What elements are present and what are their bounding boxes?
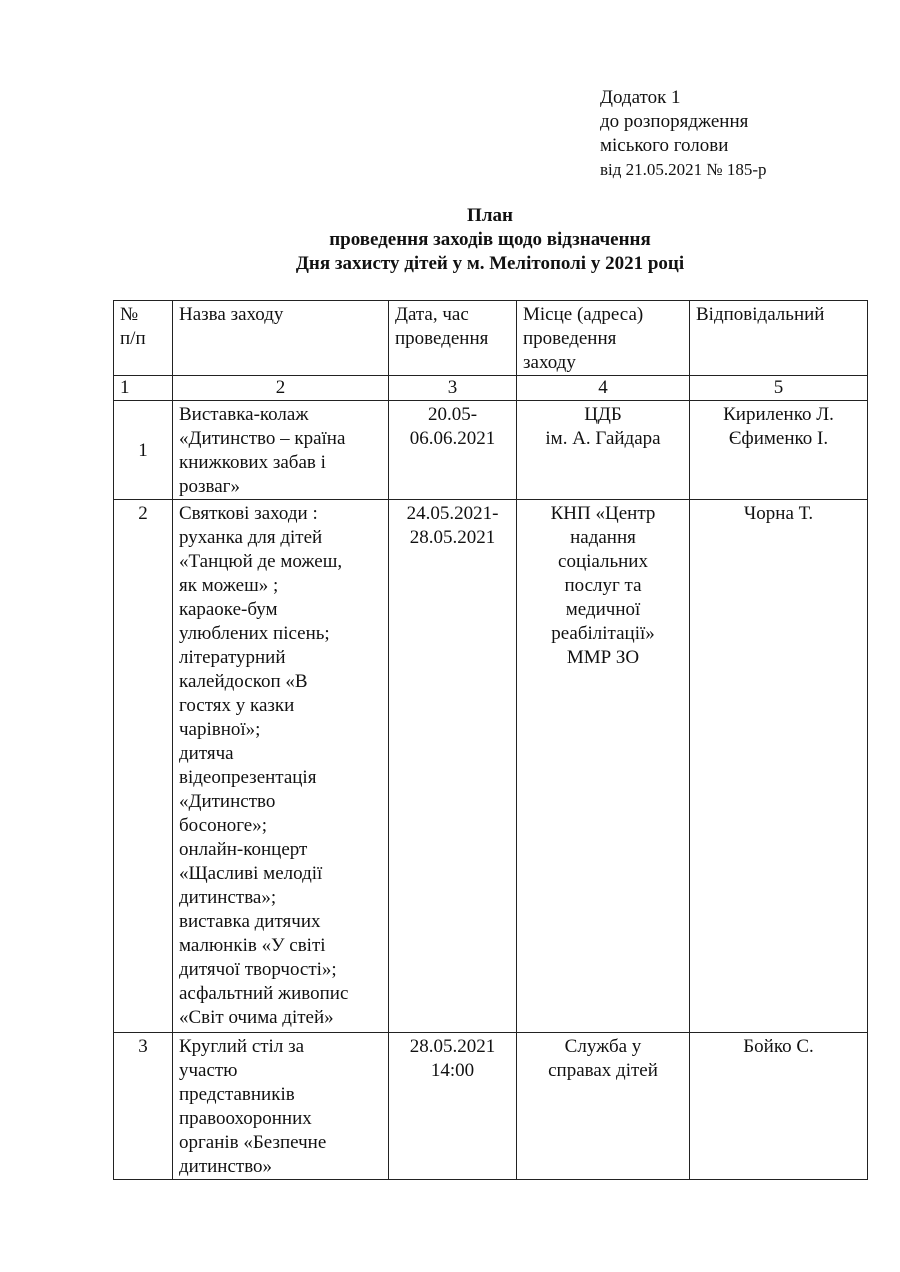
annex-header: Додаток 1 до розпорядження міського голо… — [600, 86, 767, 182]
row-number: 3 — [114, 1033, 173, 1180]
table-row: 2 Святкові заходи : руханка для дітей «Т… — [114, 500, 868, 1033]
table-row: 3 Круглий стіл за участю представників п… — [114, 1033, 868, 1180]
column-number-row: 1 2 3 4 5 — [114, 376, 868, 401]
annex-date-number: від 21.05.2021 № 185-р — [600, 158, 767, 182]
header-responsible: Відповідальний — [690, 301, 868, 376]
header-place: Місце (адреса) проведення заходу — [517, 301, 690, 376]
title-line-1: План — [0, 204, 900, 228]
title-line-3: Дня захисту дітей у м. Мелітополі у 2021… — [0, 252, 900, 276]
events-table: № п/п Назва заходу Дата, час проведення … — [113, 300, 868, 1180]
event-date: 28.05.2021 14:00 — [389, 1033, 517, 1180]
event-name: Круглий стіл за участю представників пра… — [173, 1033, 389, 1180]
event-place: Служба у справах дітей — [517, 1033, 690, 1180]
event-place: ЦДБ ім. А. Гайдара — [517, 401, 690, 500]
document-title: План проведення заходів щодо відзначення… — [0, 204, 900, 276]
event-responsible: Бойко С. — [690, 1033, 868, 1180]
column-number: 3 — [389, 376, 517, 401]
event-place: КНП «Центр надання соціальних послуг та … — [517, 500, 690, 1033]
event-date: 24.05.2021- 28.05.2021 — [389, 500, 517, 1033]
event-date: 20.05- 06.06.2021 — [389, 401, 517, 500]
column-number: 4 — [517, 376, 690, 401]
annex-title: Додаток 1 — [600, 86, 767, 110]
event-responsible: Чорна Т. — [690, 500, 868, 1033]
title-line-2: проведення заходів щодо відзначення — [0, 228, 900, 252]
column-number: 2 — [173, 376, 389, 401]
table-row: 1 Виставка-колаж «Дитинство – країна кни… — [114, 401, 868, 500]
annex-authority: міського голови — [600, 134, 767, 158]
row-number: 1 — [114, 401, 173, 500]
event-name: Виставка-колаж «Дитинство – країна книжк… — [173, 401, 389, 500]
event-responsible: Кириленко Л. Єфименко І. — [690, 401, 868, 500]
header-event-name: Назва заходу — [173, 301, 389, 376]
column-number: 1 — [114, 376, 173, 401]
column-number: 5 — [690, 376, 868, 401]
event-name: Святкові заходи : руханка для дітей «Тан… — [173, 500, 389, 1033]
header-date-time: Дата, час проведення — [389, 301, 517, 376]
row-number: 2 — [114, 500, 173, 1033]
annex-reference: до розпорядження — [600, 110, 767, 134]
header-number: № п/п — [114, 301, 173, 376]
table-header-row: № п/п Назва заходу Дата, час проведення … — [114, 301, 868, 376]
